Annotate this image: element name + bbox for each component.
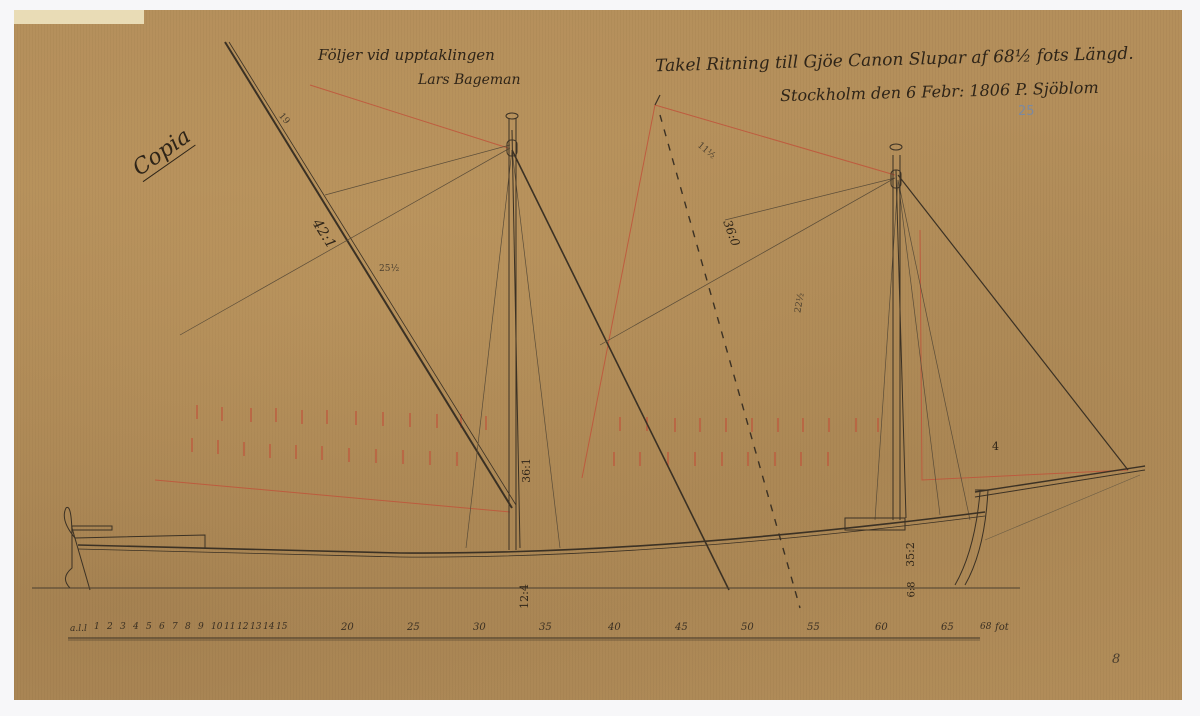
scale-tick: 68 xyxy=(980,622,991,632)
main-rigging xyxy=(600,95,1128,608)
fore-mast-below: 12:4 xyxy=(518,584,531,609)
scale-tick: 15 xyxy=(276,622,287,632)
scale-tick: 3 xyxy=(120,622,126,632)
scale-tick: 65 xyxy=(941,622,954,633)
fore-mast-height: 36:1 xyxy=(520,458,533,483)
scale-tick: 35 xyxy=(539,622,552,633)
scale-tick: 1 xyxy=(94,622,100,632)
fore-mast xyxy=(506,113,520,550)
scale-labels: 1 2 3 4 5 6 7 8 9 10 11 12 13 14 15 20 2… xyxy=(0,622,1200,636)
scale-tick: 7 xyxy=(172,622,178,632)
corner-mark: 8 xyxy=(1112,652,1120,667)
scale-tick: 55 xyxy=(807,622,820,633)
scale-tick: 5 xyxy=(146,622,152,632)
scale-tick: 20 xyxy=(341,622,354,633)
scale-bar xyxy=(68,638,980,640)
scale-tick: 11 xyxy=(224,622,235,632)
scale-tick: 6 xyxy=(159,622,165,632)
scale-tick: 30 xyxy=(473,622,486,633)
bowsprit xyxy=(975,466,1145,540)
reef-points xyxy=(192,405,878,466)
scale-tick: 12 xyxy=(237,622,248,632)
scale-tick: 60 xyxy=(875,622,888,633)
red-sail-outlines xyxy=(155,85,1128,512)
main-mast-height: 35:2 xyxy=(904,542,917,567)
scale-tick: 25 xyxy=(407,622,420,633)
scale-tick: 4 xyxy=(133,622,139,632)
attribution-line-2: Lars Bageman xyxy=(418,72,521,88)
hull xyxy=(64,490,988,590)
fore-yard-mid: 25½ xyxy=(379,264,399,274)
fore-rigging xyxy=(180,42,729,590)
scale-tick: 13 xyxy=(250,622,261,632)
scale-tick: 2 xyxy=(107,622,113,632)
attribution-line-1: Följer vid upptaklingen xyxy=(318,46,495,64)
main-mast xyxy=(890,144,906,520)
scale-tick: 50 xyxy=(741,622,754,633)
sheet-number: 25 xyxy=(1018,104,1035,119)
scale-tick: 10 xyxy=(211,622,222,632)
scale-unit: fot xyxy=(995,622,1009,633)
scale-tick: 8 xyxy=(185,622,191,632)
scale-tick: 40 xyxy=(608,622,621,633)
scale-tick: 9 xyxy=(198,622,204,632)
main-mast-below: 6:8 xyxy=(907,581,918,597)
scale-tick: 14 xyxy=(263,622,274,632)
jib-mark: 4 xyxy=(992,440,999,453)
scale-tick: 45 xyxy=(675,622,688,633)
